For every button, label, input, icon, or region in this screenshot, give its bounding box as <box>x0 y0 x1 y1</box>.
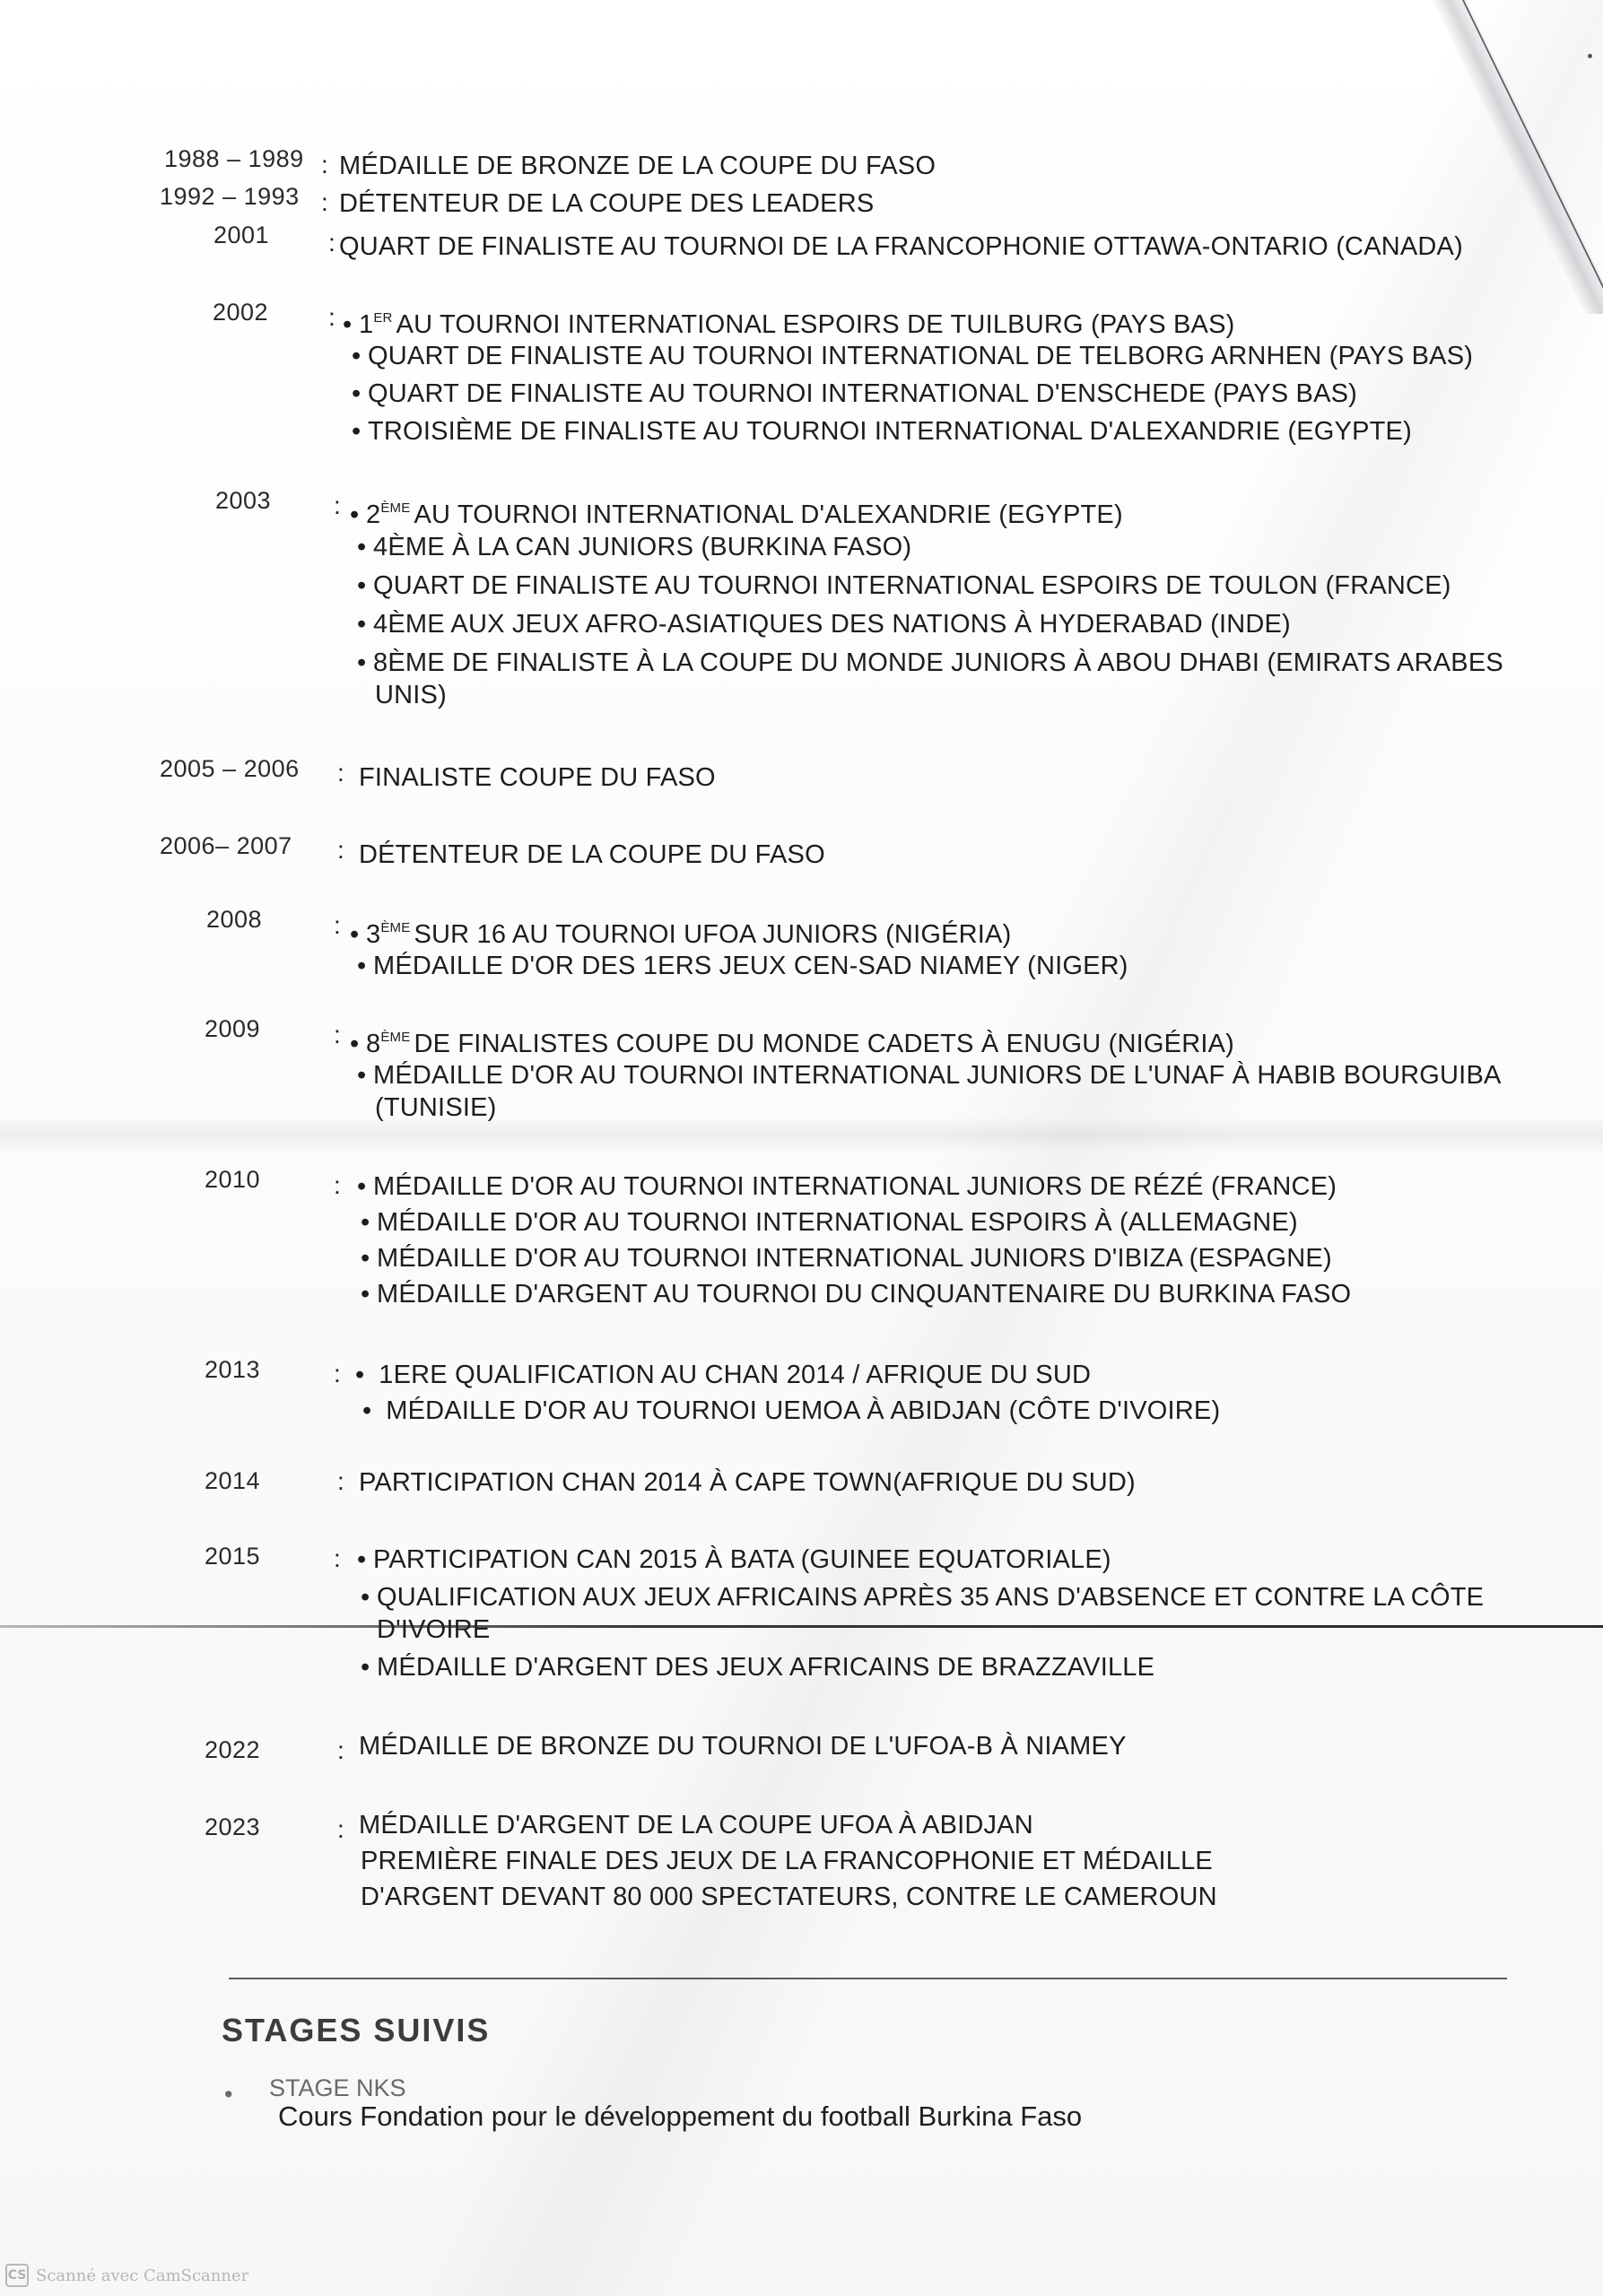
entry-item: PARTICIPATION CHAN 2014 À CAPE TOWN(AFRI… <box>359 1467 1136 1498</box>
entry-item: •QUALIFICATION AUX JEUX AFRICAINS APRÈS … <box>361 1582 1484 1613</box>
entry-year: 2008 <box>206 906 262 934</box>
stage-item: STAGE NKS <box>269 2074 406 2102</box>
entry-item: •TROISIÈME DE FINALISTE AU TOURNOI INTER… <box>352 416 1412 447</box>
entry-colon: : <box>334 1544 341 1573</box>
entry-item: QUART DE FINALISTE AU TOURNOI DE LA FRAN… <box>339 231 1463 262</box>
entry-colon: : <box>328 303 335 332</box>
entry-colon: : <box>321 151 328 179</box>
entry-item: •MÉDAILLE D'ARGENT DES JEUX AFRICAINS DE… <box>361 1652 1154 1683</box>
entry-item-continuation: D'IVOIRE <box>377 1614 490 1645</box>
entry-year: 2009 <box>205 1015 260 1043</box>
entry-colon: : <box>337 759 344 787</box>
entry-item-continuation: (TUNISIE) <box>375 1092 497 1123</box>
entry-item: •3ÈMESUR 16 AU TOURNOI UFOA JUNIORS (NIG… <box>350 913 1011 950</box>
entry-colon: : <box>334 1171 341 1200</box>
entry-colon: : <box>334 1360 341 1388</box>
entry-colon: : <box>334 911 341 940</box>
entry-item: •PARTICIPATION CAN 2015 À BATA (GUINEE E… <box>357 1544 1111 1575</box>
entry-year: 2001 <box>213 222 269 249</box>
camscanner-logo-icon: CS <box>5 2264 29 2287</box>
entry-item: DÉTENTEUR DE LA COUPE DU FASO <box>359 839 825 870</box>
scanner-watermark: CS Scanné avec CamScanner <box>5 2264 248 2287</box>
section-divider <box>229 1978 1507 1979</box>
entry-year: 1992 – 1993 <box>160 183 300 211</box>
entry-colon: : <box>334 1021 341 1049</box>
entry-item: MÉDAILLE DE BRONZE DU TOURNOI DE L'UFOA-… <box>359 1731 1127 1761</box>
entry-item: •4ÈME AUX JEUX AFRO-ASIATIQUES DES NATIO… <box>357 609 1291 639</box>
entry-year: 2002 <box>213 299 268 326</box>
entry-item: •QUART DE FINALISTE AU TOURNOI INTERNATI… <box>352 378 1357 409</box>
entry-year: 2013 <box>205 1356 260 1384</box>
entry-item: •MÉDAILLE D'OR AU TOURNOI INTERNATIONAL … <box>357 1171 1337 1202</box>
entry-item: •8ÈMEDE FINALISTES COUPE DU MONDE CADETS… <box>350 1022 1234 1059</box>
entry-year: 2022 <box>205 1736 260 1764</box>
entry-item: D'ARGENT DEVANT 80 000 SPECTATEURS, CONT… <box>361 1882 1217 1912</box>
section-title-stages: STAGES SUIVIS <box>222 2012 490 2049</box>
entry-item: •4ÈME À LA CAN JUNIORS (BURKINA FASO) <box>357 532 911 562</box>
entry-colon: : <box>337 1467 344 1496</box>
entry-colon: : <box>334 491 341 520</box>
entry-year: 2005 – 2006 <box>160 755 300 783</box>
entry-item: • MÉDAILLE D'OR AU TOURNOI UEMOA À ABIDJ… <box>362 1396 1220 1426</box>
fold-shadow-band <box>0 1117 1603 1152</box>
entry-year: 2006– 2007 <box>160 832 292 860</box>
entry-colon: : <box>337 1736 344 1765</box>
entry-year: 2014 <box>205 1467 260 1495</box>
entry-item: •2ÈMEAU TOURNOI INTERNATIONAL D'ALEXANDR… <box>350 493 1123 530</box>
entry-item: •8ÈME DE FINALISTE À LA COUPE DU MONDE J… <box>357 648 1503 678</box>
stage-item: Cours Fondation pour le développement du… <box>278 2100 1082 2133</box>
watermark-text: Scanné avec CamScanner <box>36 2266 248 2285</box>
entry-colon: : <box>337 1815 344 1844</box>
speck <box>1588 54 1592 58</box>
paper-crease <box>0 1625 1603 1628</box>
entry-item-continuation: UNIS) <box>375 680 447 710</box>
bullet: • <box>224 2081 232 2109</box>
entry-item: •1ERAU TOURNOI INTERNATIONAL ESPOIRS DE … <box>343 303 1234 340</box>
entry-item: •QUART DE FINALISTE AU TOURNOI INTERNATI… <box>357 570 1451 601</box>
entry-item: •MÉDAILLE D'OR DES 1ERS JEUX CEN-SAD NIA… <box>357 951 1128 981</box>
entry-year: 1988 – 1989 <box>164 145 304 173</box>
entry-item: •MÉDAILLE D'OR AU TOURNOI INTERNATIONAL … <box>361 1243 1332 1274</box>
entry-colon: : <box>321 188 328 217</box>
entry-item: •MÉDAILLE D'OR AU TOURNOI INTERNATIONAL … <box>361 1207 1298 1238</box>
entry-item: •QUART DE FINALISTE AU TOURNOI INTERNATI… <box>352 341 1473 371</box>
entry-item: MÉDAILLE D'ARGENT DE LA COUPE UFOA À ABI… <box>359 1810 1033 1840</box>
entry-item: MÉDAILLE DE BRONZE DE LA COUPE DU FASO <box>339 151 936 181</box>
entry-year: 2003 <box>215 487 271 515</box>
entry-colon: : <box>328 229 335 257</box>
entry-item: FINALISTE COUPE DU FASO <box>359 762 716 793</box>
entry-year: 2015 <box>205 1543 260 1570</box>
entry-item: •MÉDAILLE D'OR AU TOURNOI INTERNATIONAL … <box>357 1060 1502 1091</box>
entry-item: • 1ERE QUALIFICATION AU CHAN 2014 / AFRI… <box>355 1360 1091 1390</box>
entry-year: 2010 <box>205 1166 260 1194</box>
entry-item: DÉTENTEUR DE LA COUPE DES LEADERS <box>339 188 874 219</box>
entry-item: •MÉDAILLE D'ARGENT AU TOURNOI DU CINQUAN… <box>361 1279 1351 1309</box>
entry-item: PREMIÈRE FINALE DES JEUX DE LA FRANCOPHO… <box>361 1846 1213 1876</box>
entry-year: 2023 <box>205 1813 260 1841</box>
entry-colon: : <box>337 836 344 865</box>
